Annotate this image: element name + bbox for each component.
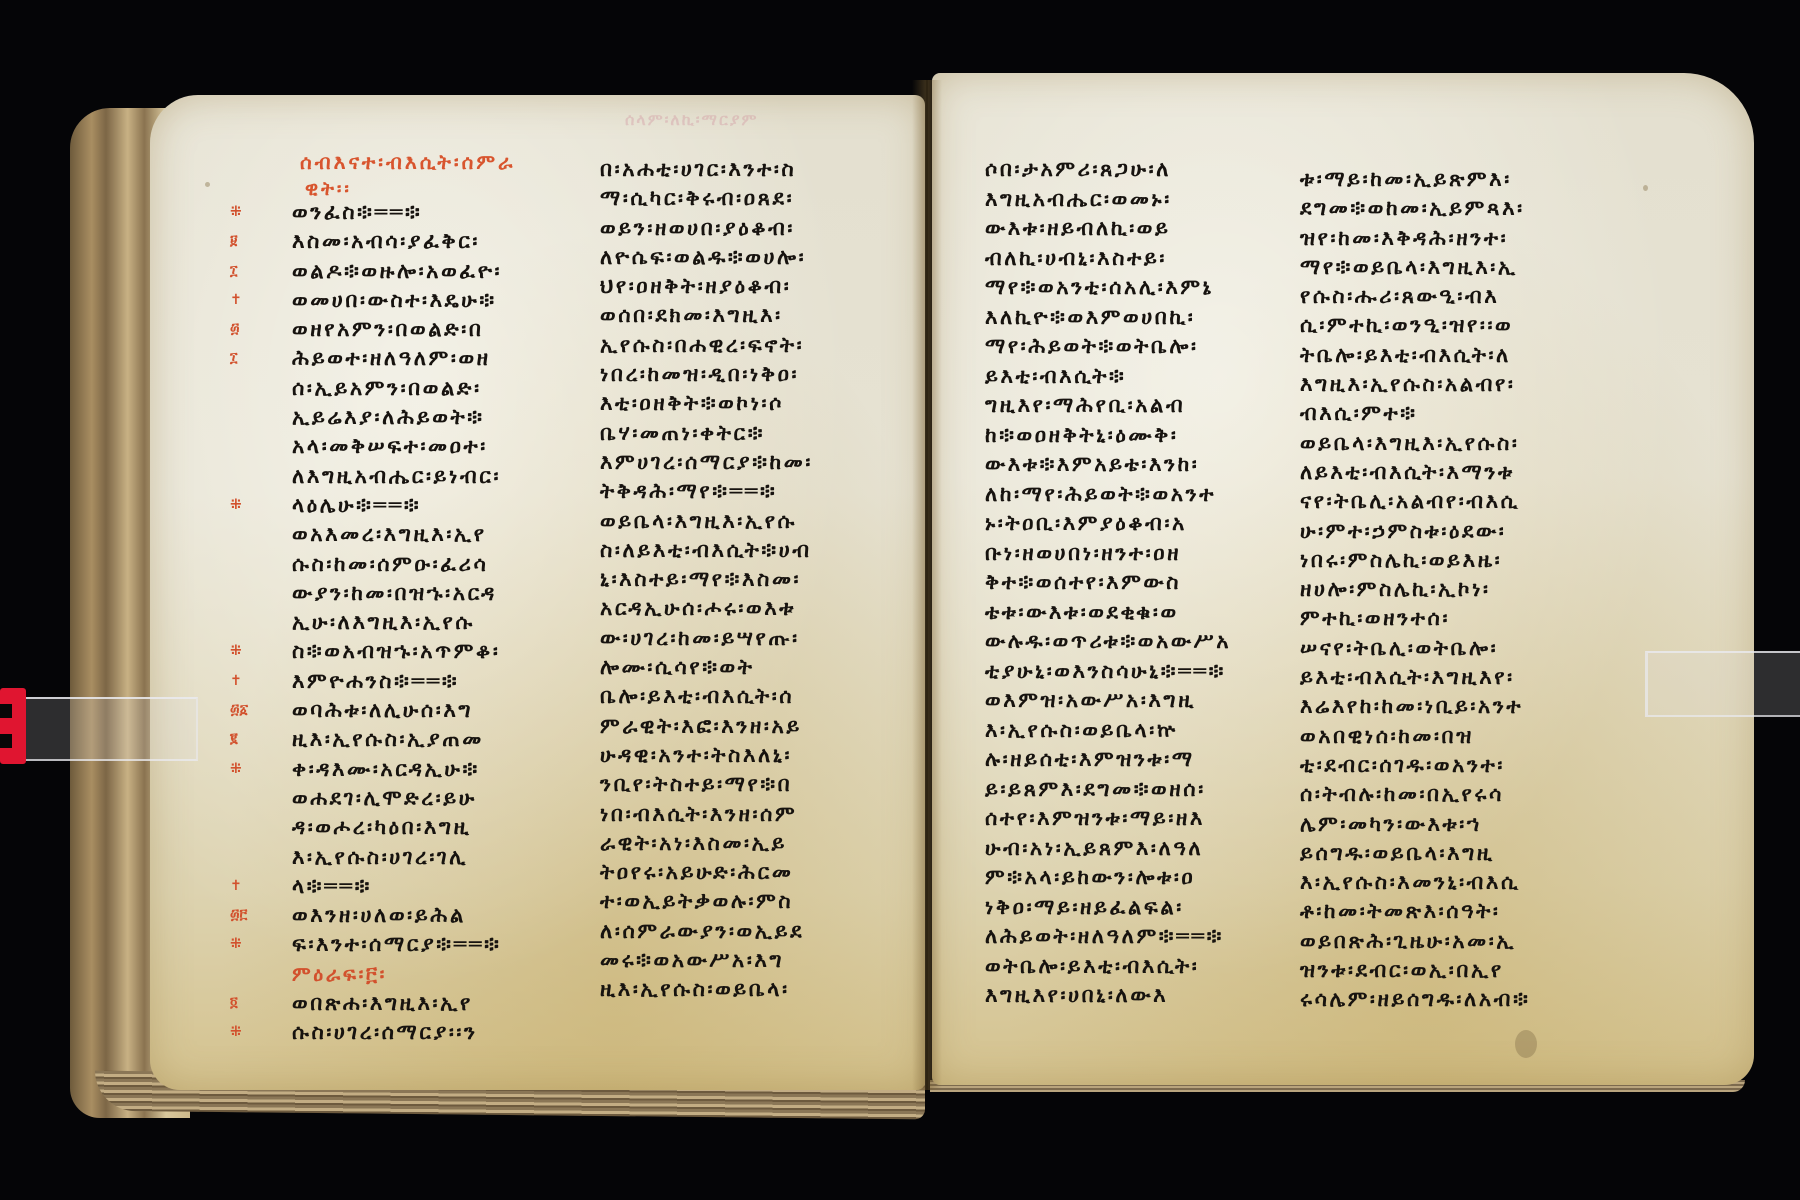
text-line: እሬእየከ፡ከመ፡ነቢይ፡አንተ: [1300, 692, 1530, 721]
line-text: እ፡ኢየሱስ፡ወይቤላ፡ኵ: [985, 718, 1178, 742]
text-line: ዳ፡ወሖረ፡ካዕበ፡እግዚ: [292, 813, 502, 842]
text-line: ነበሩ፡ምስሌኪ፡ወይእዜ፡: [1300, 546, 1530, 575]
line-text: ለእግዚአብሔር፡ይነብር፡: [292, 464, 501, 488]
line-text: እለኪዮ፨ወእምወሀበኪ፡: [985, 305, 1195, 329]
line-text: ሉ፡ዘይሰቲ፡እምዝንቱ፡ማ: [985, 747, 1195, 771]
line-text: ሌም፡መካን፡ውእቱ፡ኀ: [1300, 812, 1482, 836]
text-line: ይ፡ይጸምእ፡ደግመ፨ወዘሰ፡: [985, 775, 1231, 805]
left-column-1: ወንፈስ፨══፨⁜እስመ፡አብሳ፡ያፈቅር፡፱ወልዶ፨ወዙሎ፡አወፈዮ፡፲ወመሀ…: [292, 198, 502, 1048]
line-text: ቤሎ፡ይእቲ፡ብእሲት፡ሰ: [600, 684, 794, 708]
text-line: ወአእመረ፡እግዚእ፡ኢየ: [292, 520, 502, 549]
line-text: ለ፡ሰምራውያን፡ወኢይደ: [600, 919, 804, 943]
line-text: ውያን፡ከመ፡በዝኁ፡አርዳ: [292, 581, 497, 605]
line-text: ኢይሬእያ፡ለሕይወት፨: [292, 405, 485, 429]
text-line: ኒ፡እስተይ፡ማየ፨እስመ፡: [600, 565, 813, 594]
text-line: እስመ፡አብሳ፡ያፈቅር፡፱: [292, 227, 502, 256]
line-text: ብለኪ፡ሀብኒ፡እስተይ፡: [985, 246, 1167, 270]
text-line: እግዚአብሔር፡ወመኑ፡: [985, 185, 1231, 215]
text-line: ምዕራፍ፡፫፡: [292, 960, 502, 989]
text-line: እ፡ኢየሱስ፡ወይቤላ፡ኵ: [985, 716, 1231, 746]
line-text: ነበሩ፡ምስሌኪ፡ወይእዜ፡: [1300, 548, 1502, 572]
line-text: ቤሃ፡መጠነ፡ቀትር፨: [600, 421, 765, 445]
text-line: ሁብ፡አነ፡ኢይጸምእ፡ለዓለ: [985, 834, 1231, 864]
line-text: ወባሕቱ፡ለሊሁሰ፡እግ: [292, 698, 473, 722]
line-text: ውሉዱ፡ወጥሪቱ፨ወአውሥአ: [985, 629, 1231, 653]
line-text: ትቅዳሕ፡ማየ፨══፨: [600, 479, 777, 503]
text-line: ዝንቱ፡ደብር፡ወኢ፡በኢየ: [1300, 956, 1530, 985]
line-text: ደግመ፨ወከመ፡ኢይምጻእ፡: [1300, 196, 1525, 220]
text-line: ዚእ፡ኢየሱስ፡ኢያጠመ፪: [292, 725, 502, 754]
line-text: ቅተ፨ወሰተየ፡እምውስ: [985, 570, 1181, 594]
text-line: ላዕሌሁ፨══፨⁜: [292, 491, 502, 520]
text-line: ደግመ፨ወከመ፡ኢይምጻእ፡: [1300, 194, 1530, 223]
rubric-marker-icon: ፴፩: [230, 696, 248, 725]
line-text: ነበ፡ብእሲት፡እንዘ፡ሰም: [600, 802, 797, 826]
line-text: ዘሀሎ፡ምስሌኪ፡ኢኮነ፡: [1300, 577, 1491, 601]
text-line: ሩሳሌም፡ዘይሰግዱ፡ለአብ፨: [1300, 985, 1530, 1014]
stain: [1643, 185, 1648, 191]
faint-header: ሰላም፡ለኪ፡ማርያም: [625, 110, 758, 130]
line-text: እ፡ኢየሱስ፡ሀገረ፡ገሊ: [292, 845, 468, 869]
text-line: ስ፨ወአብዝኁ፡አጥምቆ፡⁜: [292, 637, 502, 666]
text-line: የሱስ፡ሑሪ፡ጸውዒ፡ብእ: [1300, 282, 1530, 311]
line-text: ብእሲ፡ምተ፨: [1300, 401, 1418, 425]
line-text: ስ፡ለይእቲ፡ብእሲት፨ሀብ: [600, 538, 812, 562]
text-line: እግዚእየ፡ሀበኒ፡ለውእ: [985, 981, 1231, 1011]
line-text: ትዐየሩ፡አይሁድ፡ሕርመ: [600, 860, 793, 884]
text-line: ትዐየሩ፡አይሁድ፡ሕርመ: [600, 858, 813, 887]
text-line: አላ፡መቅሠፍተ፡መዐተ፡: [292, 432, 502, 461]
line-text: ይ፡ይጸምእ፡ደግመ፨ወዘሰ፡: [985, 777, 1206, 801]
line-text: ለዮሴፍ፡ወልዱ፨ወሀሎ፡: [600, 245, 806, 269]
right-plastic-strip: [1645, 651, 1800, 717]
line-text: ኢሁ፡ለእግዚእ፡ኢየሱ: [292, 610, 475, 634]
rubric-marker-icon: ⁜: [230, 637, 242, 666]
text-line: ወሐደገ፡ሊሞድረ፡ይሁ: [292, 784, 502, 813]
line-text: ይሰግዱ፡ወይቤላ፡እግዚ: [1300, 841, 1495, 865]
rubric-marker-icon: ፬: [230, 989, 238, 1018]
text-line: ማ፡ሲካር፡ቅሩብ፡ዐጸደ፡: [600, 184, 813, 213]
text-line: ወእምዝ፡አውሥአ፡እግዚ: [985, 686, 1231, 716]
line-text: ዝንቱ፡ደብር፡ወኢ፡በኢየ: [1300, 958, 1504, 982]
text-line: ሁ፡ምተ፡ኃምስቱ፡ዕደው፡: [1300, 517, 1530, 546]
line-text: ራዊት፡አነ፡እስመ፡ኢይ: [600, 831, 787, 855]
line-text: ዳ፡ወሖረ፡ካዕበ፡እግዚ: [292, 815, 471, 839]
text-line: ሌም፡መካን፡ውእቱ፡ኀ: [1300, 810, 1530, 839]
gutter: [912, 80, 942, 1090]
text-line: እ፡ኢየሱስ፡ሀገረ፡ገሊ: [292, 843, 502, 872]
line-text: ወይቤላ፡እግዚእ፡ኢየሱ: [600, 509, 797, 533]
text-line: እምዮሐንስ፨══፨✝: [292, 667, 502, 696]
line-text: ሰተየ፡እምዝንቱ፡ማይ፡ዘእ: [985, 806, 1205, 830]
line-text: ከ፨ወዐዘቅትኒ፡ዕሙቅ፡: [985, 423, 1178, 447]
text-line: ቱ፡ማይ፡ከመ፡ኢይጽምእ፡: [1300, 165, 1530, 194]
line-text: ሁዳዊ፡አንተ፡ትስእለኒ፡: [600, 743, 792, 767]
text-line: ለ፡ሰምራውያን፡ወኢይደ: [600, 917, 813, 946]
rubric-marker-icon: ፴፫: [230, 901, 247, 930]
rubric-marker-icon: ✝: [230, 872, 242, 901]
line-text: ለይእቲ፡ብእሲት፡እማንቱ: [1300, 460, 1515, 484]
text-line: ኑ፡ትዐቢ፡እምያዕቆብ፡አ: [985, 509, 1231, 539]
line-text: እምዮሐንስ፨══፨: [292, 669, 459, 693]
line-text: ሁ፡ምተ፡ኃምስቱ፡ዕደው፡: [1300, 519, 1506, 543]
text-line: ቤሎ፡ይእቲ፡ብእሲት፡ሰ: [600, 682, 813, 711]
rubric-heading-cont: ዊት፡፡: [305, 178, 352, 200]
stain: [205, 182, 210, 187]
text-line: ቲ፡ደብር፡ሰገዱ፡ወአንተ፡: [1300, 751, 1530, 780]
line-text: ሕይወተ፡ዘለዓለም፡ወዘ: [292, 346, 491, 370]
line-text: ዚእ፡ኢየሱስ፡ኢያጠመ: [292, 727, 484, 751]
rubric-marker-icon: ፪: [230, 725, 238, 754]
line-text: ሰ፡ኢይአምን፡በወልድ፡: [292, 376, 482, 400]
text-line: ምራዊት፡እፎ፡እንዘ፡አይ: [600, 712, 813, 741]
text-line: ሉ፡ዘይሰቲ፡እምዝንቱ፡ማ: [985, 745, 1231, 775]
text-line: ወይን፡ዘወሀበ፡ያዕቆብ፡: [600, 214, 813, 243]
line-text: ነቅዐ፡ማይ፡ዘይፈልፍል፡: [985, 895, 1184, 919]
text-line: ቀ፡ዳእሙ፡አርዳኢሁ፨⁜: [292, 755, 502, 784]
text-line: ይእቲ፡ብእሲት፨: [985, 362, 1231, 392]
text-line: ላ፨══፨✝: [292, 872, 502, 901]
line-text: ስ፨ወአብዝኁ፡አጥምቆ፡: [292, 639, 500, 663]
text-line: እቲ፡ዐዘቅት፨ወኮነ፡ሶ: [600, 389, 813, 418]
rubric-marker-icon: ⁜: [230, 491, 242, 520]
text-line: እግዚእ፡ኢየሱስ፡አልብየ፡: [1300, 370, 1530, 399]
line-text: ምራዊት፡እፎ፡እንዘ፡አይ: [600, 714, 802, 738]
text-line: ስ፡ለይእቲ፡ብእሲት፨ሀብ: [600, 536, 813, 565]
text-line: ቡነ፡ዘወሀበነ፡ዘንተ፡ዐዘ: [985, 539, 1231, 569]
text-line: ውሉዱ፡ወጥሪቱ፨ወአውሥአ: [985, 627, 1231, 657]
line-text: የሱስ፡ሑሪ፡ጸውዒ፡ብእ: [1300, 284, 1499, 308]
line-text: ወንፈስ፨══፨: [292, 200, 422, 224]
text-line: ናየ፡ትቤሊ፡አልብየ፡ብእሲ: [1300, 487, 1530, 516]
line-text: ለከ፡ማየ፡ሕይወት፨ወአንተ: [985, 482, 1216, 506]
text-line: ብለኪ፡ሀብኒ፡እስተይ፡: [985, 244, 1231, 274]
line-text: ማየ፡ሕይወት፨ወትቤሎ፡: [985, 334, 1199, 358]
text-line: ወባሕቱ፡ለሊሁሰ፡እግ፴፩: [292, 696, 502, 725]
line-text: ቴቱ፡ውእቱ፡ወደቂቁ፡ወ: [985, 600, 1179, 624]
line-text: ወአበዊነሰ፡ከመ፡በዝ: [1300, 724, 1474, 748]
line-text: ኢየሱስ፡በሐዊረ፡ፍኖት፡: [600, 333, 804, 357]
line-text: ቲ፡ደብር፡ሰገዱ፡ወአንተ፡: [1300, 753, 1505, 777]
line-text: ማ፡ሲካር፡ቅሩብ፡ዐጸደ፡: [600, 186, 794, 210]
text-line: ሰ፡ትብሉ፡ከመ፡በኢየሩሳ: [1300, 780, 1530, 809]
text-line: ነበ፡ብእሲት፡እንዘ፡ሰም: [600, 800, 813, 829]
line-text: በ፡አሐቲ፡ሀገር፡እንተ፡ስ: [600, 157, 796, 181]
text-line: ወመሀበ፡ውስተ፡እዴሁ፨✝: [292, 286, 502, 315]
line-text: ወበጽሐ፡እግዚእ፡ኢየ: [292, 991, 473, 1015]
line-text: ማየ፨ወአንቲ፡ሰአሊ፡እምኔ: [985, 275, 1214, 299]
line-text: ሱስ፡ከመ፡ሰምዑ፡ፈሪሳ: [292, 552, 488, 576]
text-line: መሩ፨ወአውሥአ፡እግ: [600, 946, 813, 975]
line-text: ው፡ሀገረ፡ከመ፡ይሣየጡ፡: [600, 626, 800, 650]
text-line: ራዊት፡አነ፡እስመ፡ኢይ: [600, 829, 813, 858]
text-line: ወይበጽሕ፡ጊዜሁ፡አመ፡ኢ: [1300, 927, 1530, 956]
text-line: ውእቱ፡ዘይብለኪ፡ወይ: [985, 214, 1231, 244]
text-line: ወይቤላ፡እግዚእ፡ኢየሱ: [600, 507, 813, 536]
line-text: ሱስ፡ሀገረ፡ሰማርያ፡፡ን: [292, 1020, 478, 1044]
line-text: ወይን፡ዘወሀበ፡ያዕቆብ፡: [600, 216, 795, 240]
text-line: ማየ፡ሕይወት፨ወትቤሎ፡: [985, 332, 1231, 362]
rubric-marker-icon: ⁜: [230, 1018, 242, 1047]
text-line: ኢየሱስ፡በሐዊረ፡ፍኖት፡: [600, 331, 813, 360]
line-text: ወልዶ፨ወዙሎ፡አወፈዮ፡: [292, 259, 502, 283]
text-line: ለይእቲ፡ብእሲት፡እማንቱ: [1300, 458, 1530, 487]
text-line: ቤሃ፡መጠነ፡ቀትር፨: [600, 419, 813, 448]
line-text: ቲያሁኒ፡ወእንስሳሁኒ፨══፨: [985, 659, 1226, 683]
line-text: ወእንዘ፡ሀለወ፡ይሕል: [292, 903, 466, 927]
rubric-marker-icon: ✝: [230, 667, 242, 696]
line-text: ወመሀበ፡ውስተ፡እዴሁ፨: [292, 288, 497, 312]
rubric-marker-icon: ⁜: [230, 198, 242, 227]
line-text: እግዚእየ፡ሀበኒ፡ለውእ: [985, 983, 1168, 1007]
line-text: ቱ፡ማይ፡ከመ፡ኢይጽምእ፡: [1300, 167, 1512, 191]
text-line: ከ፨ወዐዘቅትኒ፡ዕሙቅ፡: [985, 421, 1231, 451]
text-line: ወትቤሎ፡ይእቲ፡ብእሲት፡: [985, 952, 1231, 982]
line-text: ወይቤላ፡እግዚእ፡ኢየሱስ፡: [1300, 431, 1519, 455]
text-line: ይእቲ፡ብእሲት፡እግዚእየ፡: [1300, 663, 1530, 692]
text-line: ዝየ፡ከመ፡እቅዳሕ፡ዘንተ፡: [1300, 224, 1530, 253]
text-line: ለዮሴፍ፡ወልዱ፨ወሀሎ፡: [600, 243, 813, 272]
text-line: ትቤሎ፡ይእቲ፡ብእሲት፡ለ: [1300, 341, 1530, 370]
text-line: ፍ፡እንተ፡ሰማርያ፨══፨⁜: [292, 930, 502, 959]
left-column-2: በ፡አሐቲ፡ሀገር፡እንተ፡ስማ፡ሲካር፡ቅሩብ፡ዐጸደ፡ወይን፡ዘወሀበ፡ያዕ…: [600, 155, 813, 1005]
text-line: ህየ፡ዐዘቅት፡ዘያዕቆብ፡: [600, 272, 813, 301]
right-column-2: ቱ፡ማይ፡ከመ፡ኢይጽምእ፡ደግመ፨ወከመ፡ኢይምጻእ፡ዝየ፡ከመ፡እቅዳሕ፡ዘ…: [1300, 165, 1530, 1015]
text-line: ወእንዘ፡ሀለወ፡ይሕል፴፫: [292, 901, 502, 930]
text-line: ሶበ፡ታአምሪ፡ጸጋሁ፡ለ: [985, 155, 1231, 185]
text-line: ምተኪ፡ወዘንተሰ፡: [1300, 604, 1530, 633]
text-line: ሱስ፡ሀገረ፡ሰማርያ፡፡ን⁜: [292, 1018, 502, 1047]
text-line: ሎሙ፡ሲሳየ፨ወት: [600, 653, 813, 682]
text-line: አርዳኢሁሰ፡ሖሩ፡ወእቱ: [600, 594, 813, 623]
line-text: ንቢየ፡ትስተይ፡ማየ፨በ: [600, 772, 792, 796]
text-line: እምሀገረ፡ሰማርያ፨ከመ፡: [600, 448, 813, 477]
rubric-heading: ሰብእናተ፡ብእሲት፡ሰምራ: [300, 150, 515, 174]
text-line: ማየ፨ወአንቲ፡ሰአሊ፡እምኔ: [985, 273, 1231, 303]
rubric-marker-icon: ፱: [230, 227, 237, 256]
line-text: ኑ፡ትዐቢ፡እምያዕቆብ፡አ: [985, 511, 1187, 535]
line-text: ሁብ፡አነ፡ኢይጸምእ፡ለዓለ: [985, 836, 1203, 860]
line-text: እግዚአብሔር፡ወመኑ፡: [985, 187, 1172, 211]
line-text: ትቤሎ፡ይእቲ፡ብእሲት፡ለ: [1300, 343, 1511, 367]
line-text: ምተኪ፡ወዘንተሰ፡: [1300, 606, 1450, 630]
line-text: ዚእ፡ኢየሱስ፡ወይቤላ፡: [600, 977, 790, 1001]
text-line: ው፡ሀገረ፡ከመ፡ይሣየጡ፡: [600, 624, 813, 653]
text-line: ሰ፡ኢይአምን፡በወልድ፡: [292, 374, 502, 403]
line-text: እሬእየከ፡ከመ፡ነቢይ፡አንተ: [1300, 694, 1523, 718]
line-text: አላ፡መቅሠፍተ፡መዐተ፡: [292, 434, 488, 458]
line-text: መሩ፨ወአውሥአ፡እግ: [600, 948, 784, 972]
text-line: ውያን፡ከመ፡በዝኁ፡አርዳ: [292, 579, 502, 608]
line-text: ዝየ፡ከመ፡እቅዳሕ፡ዘንተ፡: [1300, 226, 1508, 250]
line-text: ወዘየአምን፡በወልድ፡በ: [292, 317, 483, 341]
line-text: ላ፨══፨: [292, 874, 372, 898]
text-line: በ፡አሐቲ፡ሀገር፡እንተ፡ስ: [600, 155, 813, 184]
line-text: ላዕሌሁ፨══፨: [292, 493, 421, 517]
line-text: ሶበ፡ታአምሪ፡ጸጋሁ፡ለ: [985, 157, 1171, 181]
rubric-marker-icon: ፴: [230, 315, 239, 344]
line-text: ውእቱ፡ዘይብለኪ፡ወይ: [985, 216, 1171, 240]
text-line: ዚእ፡ኢየሱስ፡ወይቤላ፡: [600, 975, 813, 1004]
line-text: ለሕይወት፡ዘለዓለም፨══፨: [985, 924, 1224, 948]
text-line: ለእግዚአብሔር፡ይነብር፡: [292, 462, 502, 491]
text-line: ቅተ፨ወሰተየ፡እምውስ: [985, 568, 1231, 598]
line-text: እግዚእ፡ኢየሱስ፡አልብየ፡: [1300, 372, 1515, 396]
rubric-marker-icon: ✝: [230, 286, 242, 315]
text-line: ቶ፡ከመ፡ትመጽእ፡ሰዓት፡: [1300, 897, 1530, 926]
text-line: ወአበዊነሰ፡ከመ፡በዝ: [1300, 722, 1530, 751]
line-text: እምሀገረ፡ሰማርያ፨ከመ፡: [600, 450, 813, 474]
line-text: ቀ፡ዳእሙ፡አርዳኢሁ፨: [292, 757, 480, 781]
text-line: ቴቱ፡ውእቱ፡ወደቂቁ፡ወ: [985, 598, 1231, 628]
line-text: ሲ፡ምተኪ፡ወንዒ፡ዝየ፡፡ወ: [1300, 313, 1513, 337]
text-line: ዘሀሎ፡ምስሌኪ፡ኢኮነ፡: [1300, 575, 1530, 604]
line-text: ሩሳሌም፡ዘይሰግዱ፡ለአብ፨: [1300, 987, 1530, 1011]
text-line: ወዘየአምን፡በወልድ፡በ፴: [292, 315, 502, 344]
text-line: ወይቤላ፡እግዚእ፡ኢየሱስ፡: [1300, 429, 1530, 458]
line-text: ህየ፡ዐዘቅት፡ዘያዕቆብ፡: [600, 274, 791, 298]
line-text: እስመ፡አብሳ፡ያፈቅር፡: [292, 229, 480, 253]
line-text: ም፨አላ፡ይከውን፡ሎቱ፡ዐ: [985, 865, 1195, 889]
text-line: ሠናየ፡ትቤሊ፡ወትቤሎ፡: [1300, 634, 1530, 663]
text-line: ግዚእየ፡ማሕየቢ፡አልብ: [985, 391, 1231, 421]
text-line: ተ፡ወኢይትቃወሉ፡ምስ: [600, 887, 813, 916]
line-text: ምዕራፍ፡፫፡: [292, 962, 387, 986]
left-plastic-strip: [26, 697, 198, 761]
line-text: ተ፡ወኢይትቃወሉ፡ምስ: [600, 889, 793, 913]
text-line: ነቅዐ፡ማይ፡ዘይፈልፍል፡: [985, 893, 1231, 923]
line-text: ሠናየ፡ትቤሊ፡ወትቤሎ፡: [1300, 636, 1498, 660]
text-line: ንቢየ፡ትስተይ፡ማየ፨በ: [600, 770, 813, 799]
line-text: ቶ፡ከመ፡ትመጽእ፡ሰዓት፡: [1300, 899, 1500, 923]
line-text: ኒ፡እስተይ፡ማየ፨እስመ፡: [600, 567, 801, 591]
line-text: ወሰበ፡ደክመ፡እግዚእ፡: [600, 303, 783, 327]
text-line: ሲ፡ምተኪ፡ወንዒ፡ዝየ፡፡ወ: [1300, 311, 1530, 340]
text-line: ኢይሬእያ፡ለሕይወት፨: [292, 403, 502, 432]
rubric-marker-icon: ⁜: [230, 930, 242, 959]
text-line: ማየ፨ወይቤላ፡እግዚእ፡ኢ: [1300, 253, 1530, 282]
line-text: ውእቱ፨እምአይቴ፡እንከ፡: [985, 452, 1199, 476]
text-line: ብእሲ፡ምተ፨: [1300, 399, 1530, 428]
rubric-marker-icon: ⁜: [230, 755, 242, 784]
line-text: እ፡ኢየሱስ፡እመንኒ፡ብእሲ: [1300, 870, 1520, 894]
manuscript-photo: ሰላም፡ለኪ፡ማርያም ሰብእናተ፡ብእሲት፡ሰምራ ዊት፡፡ ወንፈስ፨══፨…: [0, 0, 1800, 1200]
text-line: ም፨አላ፡ይከውን፡ሎቱ፡ዐ: [985, 863, 1231, 893]
line-text: ወይበጽሕ፡ጊዜሁ፡አመ፡ኢ: [1300, 929, 1516, 953]
line-text: ግዚእየ፡ማሕየቢ፡አልብ: [985, 393, 1185, 417]
text-line: ውእቱ፨እምአይቴ፡እንከ፡: [985, 450, 1231, 480]
text-line: ወንፈስ፨══፨⁜: [292, 198, 502, 227]
line-text: ወአእመረ፡እግዚእ፡ኢየ: [292, 522, 487, 546]
text-line: ይሰግዱ፡ወይቤላ፡እግዚ: [1300, 839, 1530, 868]
line-text: ቡነ፡ዘወሀበነ፡ዘንተ፡ዐዘ: [985, 541, 1181, 565]
text-line: ቲያሁኒ፡ወእንስሳሁኒ፨══፨: [985, 657, 1231, 687]
line-text: ሎሙ፡ሲሳየ፨ወት: [600, 655, 755, 679]
line-text: ወትቤሎ፡ይእቲ፡ብእሲት፡: [985, 954, 1199, 978]
line-text: ይእቲ፡ብእሲት፨: [985, 364, 1126, 388]
text-line: ወሰበ፡ደክመ፡እግዚእ፡: [600, 301, 813, 330]
line-text: ናየ፡ትቤሊ፡አልብየ፡ብእሲ: [1300, 489, 1520, 513]
text-line: ወበጽሐ፡እግዚእ፡ኢየ፬: [292, 989, 502, 1018]
right-column-1: ሶበ፡ታአምሪ፡ጸጋሁ፡ለእግዚአብሔር፡ወመኑ፡ውእቱ፡ዘይብለኪ፡ወይብለኪ…: [985, 155, 1231, 1011]
line-text: አርዳኢሁሰ፡ሖሩ፡ወእቱ: [600, 596, 796, 620]
text-line: ትቅዳሕ፡ማየ፨══፨: [600, 477, 813, 506]
text-line: እለኪዮ፨ወእምወሀበኪ፡: [985, 303, 1231, 333]
rubric-marker-icon: ፲: [230, 257, 237, 286]
text-line: ኢሁ፡ለእግዚእ፡ኢየሱ: [292, 608, 502, 637]
line-text: ማየ፨ወይቤላ፡እግዚእ፡ኢ: [1300, 255, 1518, 279]
text-line: ሰተየ፡እምዝንቱ፡ማይ፡ዘእ: [985, 804, 1231, 834]
stain: [1515, 1030, 1537, 1058]
text-line: ነበረ፡ከመዝ፡ዲበ፡ነቅዐ፡: [600, 360, 813, 389]
line-text: ይእቲ፡ብእሲት፡እግዚእየ፡: [1300, 665, 1515, 689]
line-text: እቲ፡ዐዘቅት፨ወኮነ፡ሶ: [600, 391, 784, 415]
text-line: ሕይወተ፡ዘለዓለም፡ወዘ፲: [292, 344, 502, 373]
text-line: ለከ፡ማየ፡ሕይወት፨ወአንተ: [985, 480, 1231, 510]
line-text: ሰ፡ትብሉ፡ከመ፡በኢየሩሳ: [1300, 782, 1504, 806]
text-line: ሱስ፡ከመ፡ሰምዑ፡ፈሪሳ: [292, 550, 502, 579]
text-line: ለሕይወት፡ዘለዓለም፨══፨: [985, 922, 1231, 952]
text-line: እ፡ኢየሱስ፡እመንኒ፡ብእሲ: [1300, 868, 1530, 897]
line-text: ፍ፡እንተ፡ሰማርያ፨══፨: [292, 932, 501, 956]
line-text: ወእምዝ፡አውሥአ፡እግዚ: [985, 688, 1196, 712]
text-line: ወልዶ፨ወዙሎ፡አወፈዮ፡፲: [292, 257, 502, 286]
line-text: ነበረ፡ከመዝ፡ዲበ፡ነቅዐ፡: [600, 362, 799, 386]
rubric-marker-icon: ፲: [230, 344, 237, 373]
text-line: ሁዳዊ፡አንተ፡ትስእለኒ፡: [600, 741, 813, 770]
red-clip: [0, 688, 26, 764]
line-text: ወሐደገ፡ሊሞድረ፡ይሁ: [292, 786, 477, 810]
